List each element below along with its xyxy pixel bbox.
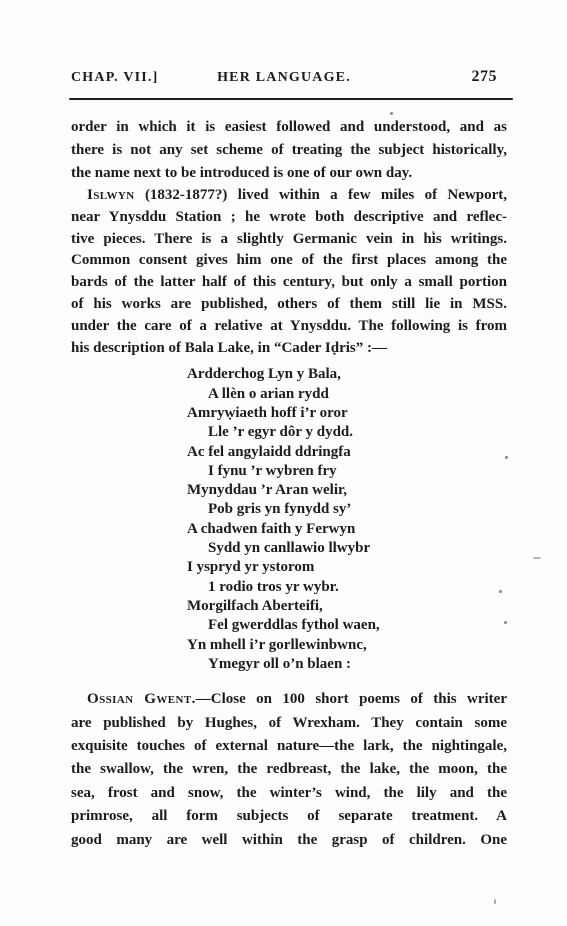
- text-run: (1832-1877?) lived within a few miles of…: [135, 187, 507, 203]
- book-page: CHAP. VII.] HER LANGUAGE. 275 order in w…: [0, 0, 567, 926]
- page-number: 275: [377, 68, 497, 86]
- poem-line: Amryẉiaeth hoff i’r oror: [187, 404, 507, 423]
- poem-line: Morgilfach Aberteifi,: [187, 597, 507, 616]
- chapter-label: CHAP. VII.]: [71, 70, 191, 86]
- page-header: CHAP. VII.] HER LANGUAGE. 275: [71, 68, 497, 86]
- text-line: exquisite touches of external nature—the…: [71, 735, 507, 758]
- scan-speck: [494, 899, 496, 904]
- scan-speck: [432, 231, 434, 233]
- paragraph-islwyn-lines: near Ynysddu Station ; he wrote both des…: [71, 207, 507, 360]
- text-line: there is not any set scheme of treating …: [71, 139, 507, 162]
- text-line: his description of Bala Lake, in “Cader …: [71, 338, 507, 360]
- page-body: order in which it is easiest followed an…: [71, 116, 507, 852]
- poem-line: Mynyddau ’r Aran welir,: [187, 481, 507, 500]
- author-name-islwyn: Islwyn: [87, 187, 135, 203]
- paragraph-continuation: order in which it is easiest followed an…: [71, 116, 507, 185]
- text-line: order in which it is easiest followed an…: [71, 116, 507, 139]
- header-rule: [69, 98, 513, 100]
- scan-speck: [504, 621, 507, 624]
- poem-line: Sydd yn canllawio llwybr: [208, 539, 507, 558]
- poem-line: Pob gris yn fynydd sy’: [208, 500, 507, 519]
- scan-speck: [499, 590, 502, 593]
- poem-line: Lle ’r egyr dôr y dydd.: [208, 423, 507, 442]
- poem-line: Ymegyr oll o’n blaen :: [208, 655, 507, 674]
- text-line: sea, frost and snow, the winter’s wind, …: [71, 782, 507, 805]
- text-line: primrose, all form subjects of separate …: [71, 805, 507, 828]
- paragraph-ossian-gwent: Ossian Gwent.—Close on 100 short poems o…: [71, 688, 507, 852]
- poem-line: Yn mhell i’r gorllewinbwnc,: [187, 636, 507, 655]
- scan-speck: [505, 456, 508, 459]
- poem-line: Fel gwerddlas fythol waen,: [208, 616, 507, 635]
- poem-line: I yspryd yr ystorom: [187, 558, 507, 577]
- text-line: good many are well within the grasp of c…: [71, 829, 507, 852]
- poem-line: Ac fel angylaidd ddringfa: [187, 443, 507, 462]
- poem-line: A llèn o arian rydd: [208, 385, 507, 404]
- scan-speck: [533, 557, 541, 559]
- text-line: Islwyn (1832-1877?) lived within a few m…: [71, 185, 507, 207]
- text-line: Ossian Gwent.—Close on 100 short poems o…: [71, 688, 507, 711]
- paragraph-ossian-lines: are published by Hughes, of Wrexham. The…: [71, 712, 507, 852]
- text-line: tive pieces. There is a slightly Germani…: [71, 229, 507, 251]
- poem-line: A chadwen faith y Ferwyn: [187, 520, 507, 539]
- text-line: the swallow, the wren, the redbreast, th…: [71, 758, 507, 781]
- author-name-ossian-gwent: Ossian Gwent.: [87, 691, 196, 707]
- text-line: the name next to be introduced is one of…: [71, 162, 507, 185]
- text-line: of his works are published, others of th…: [71, 294, 507, 316]
- text-line: bards of the latter half of this century…: [71, 272, 507, 294]
- poem-cader-idris-extract: Ardderchog Lyn y Bala,A llèn o arian ryd…: [187, 365, 507, 674]
- text-line: Common consent gives him one of the firs…: [71, 250, 507, 272]
- scan-speck: [390, 112, 393, 115]
- text-line: near Ynysddu Station ; he wrote both des…: [71, 207, 507, 229]
- text-run: —Close on 100 short poems of this writer: [196, 691, 507, 707]
- poem-line: Ardderchog Lyn y Bala,: [187, 365, 507, 384]
- paragraph-islwyn: Islwyn (1832-1877?) lived within a few m…: [71, 185, 507, 359]
- poem-line: I fynu ’r wybren fry: [208, 462, 507, 481]
- poem-line: 1 rodio tros yr wybr.: [208, 578, 507, 597]
- text-line: under the care of a relative at Ynysddu.…: [71, 316, 507, 338]
- text-line: are published by Hughes, of Wrexham. The…: [71, 712, 507, 735]
- running-title: HER LANGUAGE.: [191, 70, 377, 86]
